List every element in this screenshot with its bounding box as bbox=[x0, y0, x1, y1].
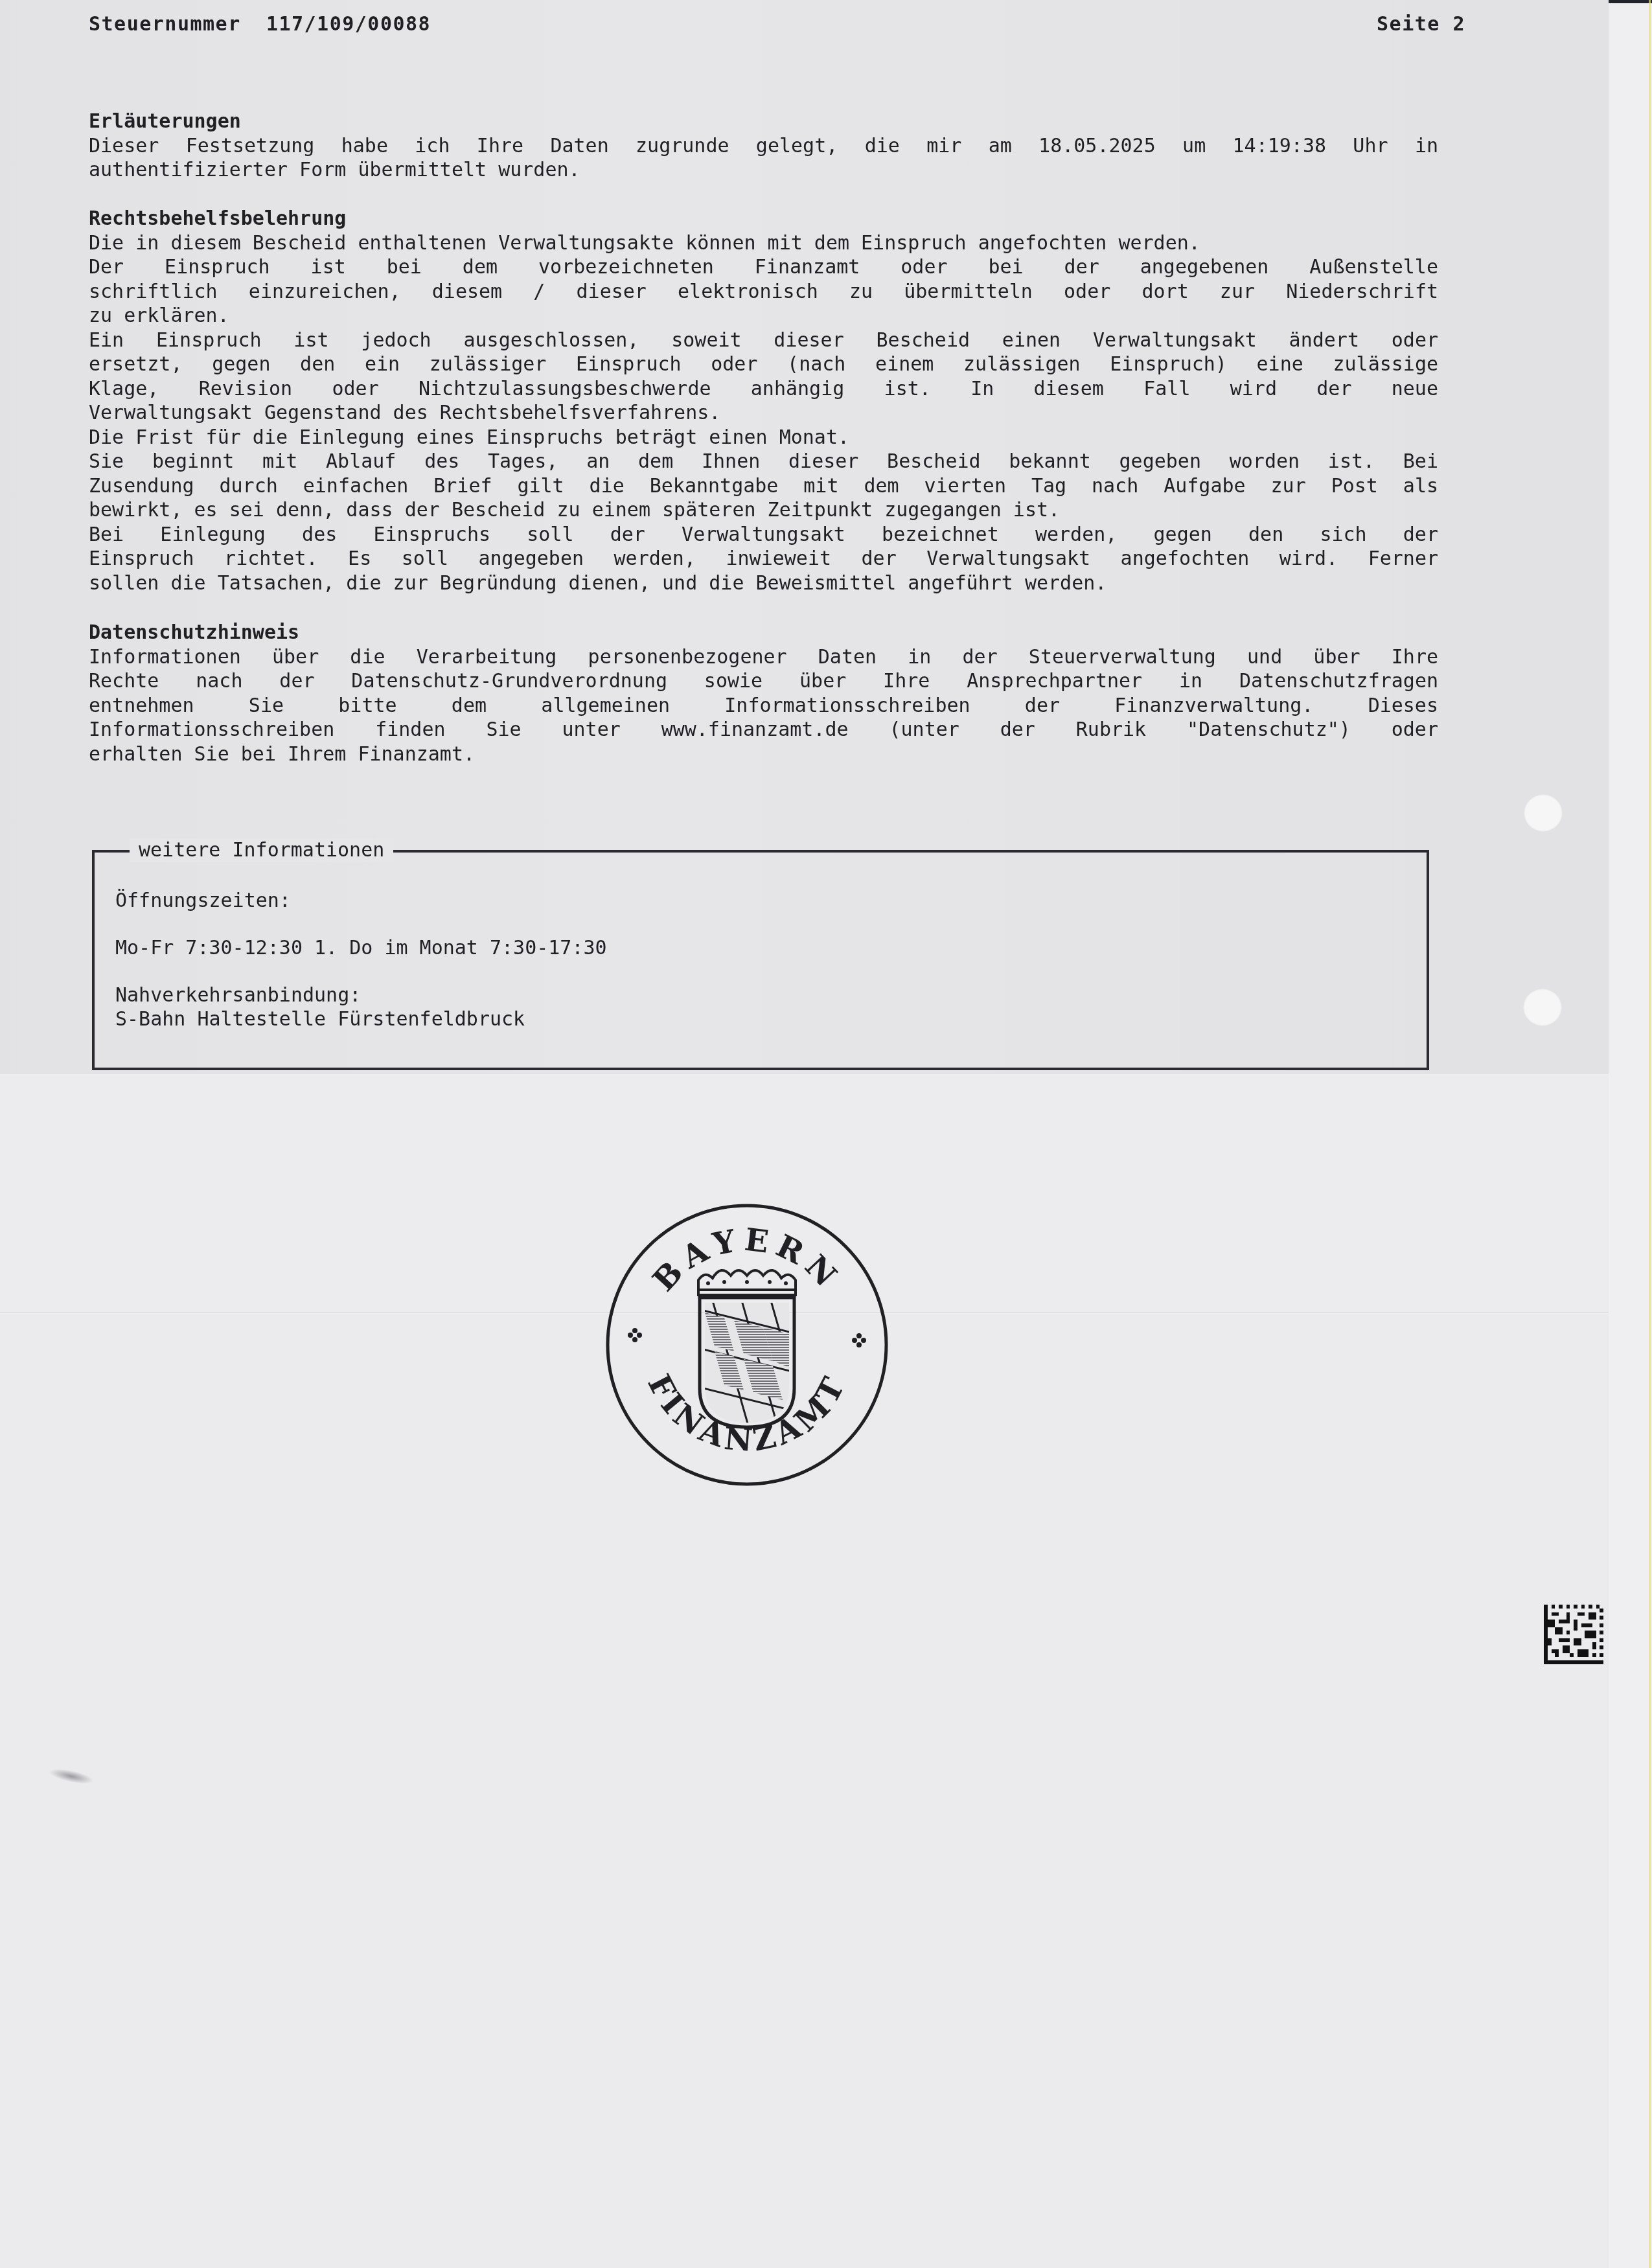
scanner-edge bbox=[1649, 0, 1651, 2268]
paragraph-line: schriftlich einzureichen, diesem / diese… bbox=[89, 280, 1438, 304]
paragraph-line: Die Frist für die Einlegung eines Einspr… bbox=[89, 426, 1438, 450]
info-box bbox=[92, 850, 1429, 1070]
finanzamt-bayern-seal-icon: BAYERN FINANZAMT bbox=[601, 1199, 893, 1491]
opening-hours: Mo-Fr 7:30-12:30 1. Do im Monat 7:30-17:… bbox=[115, 936, 607, 960]
paragraph-line: zu erklären. bbox=[89, 304, 1438, 328]
punch-hole bbox=[1523, 989, 1562, 1026]
opening-hours-label: Öffnungszeiten: bbox=[115, 889, 291, 913]
tax-number-header: Steuernummer 117/109/00088 bbox=[89, 13, 431, 36]
scanner-border bbox=[1609, 0, 1652, 3]
paragraph-line: Ein Einspruch ist jedoch ausgeschlossen,… bbox=[89, 328, 1438, 353]
info-box-legend: weitere Informationen bbox=[130, 838, 393, 862]
paragraph-line: erhalten Sie bei Ihrem Finanzamt. bbox=[89, 742, 1438, 767]
transit-stop: S-Bahn Haltestelle Fürstenfeldbruck bbox=[115, 1007, 525, 1031]
transit-label: Nahverkehrsanbindung: bbox=[115, 983, 361, 1007]
section-title: Rechtsbehelfsbelehrung bbox=[89, 207, 1438, 231]
paragraph-line: Dieser Festsetzung habe ich Ihre Daten z… bbox=[89, 134, 1438, 159]
paragraph-line: Verwaltungsakt Gegenstand des Rechtsbehe… bbox=[89, 401, 1438, 426]
section-rechtsbehelfsbelehrung: Rechtsbehelfsbelehrung Die in diesem Bes… bbox=[89, 207, 1438, 595]
paragraph-line: entnehmen Sie bitte dem allgemeinen Info… bbox=[89, 694, 1438, 718]
paragraph-line: Informationsschreiben finden Sie unter w… bbox=[89, 718, 1438, 742]
paragraph-line: Rechte nach der Datenschutz-Grundverordn… bbox=[89, 669, 1438, 694]
section-erlaeuterungen: Erläuterungen Dieser Festsetzung habe ic… bbox=[89, 109, 1438, 183]
svg-text:BAYERN: BAYERN bbox=[646, 1222, 848, 1299]
punch-hole bbox=[1524, 794, 1563, 832]
paragraph-line: Klage, Revision oder Nichtzulassungsbesc… bbox=[89, 377, 1438, 402]
tax-number-value: 117/109/00088 bbox=[266, 13, 431, 36]
paragraph-line: Informationen über die Verarbeitung pers… bbox=[89, 645, 1438, 670]
paragraph-line: Zusendung durch einfachen Brief gilt die… bbox=[89, 474, 1438, 499]
paragraph-line: sollen die Tatsachen, die zur Begründung… bbox=[89, 571, 1438, 596]
paragraph-line: Bei Einlegung des Einspruchs soll der Ve… bbox=[89, 523, 1438, 547]
paragraph-line: Sie beginnt mit Ablauf des Tages, an dem… bbox=[89, 450, 1438, 474]
paragraph-line: authentifizierter Form übermittelt wurde… bbox=[89, 158, 1438, 183]
paragraph-line: Einspruch richtet. Es soll angegeben wer… bbox=[89, 547, 1438, 571]
section-title: Datenschutzhinweis bbox=[89, 621, 1438, 645]
tax-number-label: Steuernummer bbox=[89, 13, 241, 36]
paragraph-line: Der Einspruch ist bei dem vorbezeichnete… bbox=[89, 255, 1438, 280]
page-number: Seite 2 bbox=[1377, 13, 1465, 36]
section-datenschutzhinweis: Datenschutzhinweis Informationen über di… bbox=[89, 621, 1438, 766]
fold-line bbox=[0, 1073, 1609, 1075]
paragraph-line: Die in diesem Bescheid enthaltenen Verwa… bbox=[89, 231, 1438, 256]
datamatrix-barcode-icon bbox=[1544, 1603, 1603, 1666]
paragraph-line: ersetzt, gegen den ein zulässiger Einspr… bbox=[89, 352, 1438, 377]
section-title: Erläuterungen bbox=[89, 109, 1438, 134]
paragraph-line: bewirkt, es sei denn, dass der Bescheid … bbox=[89, 498, 1438, 523]
